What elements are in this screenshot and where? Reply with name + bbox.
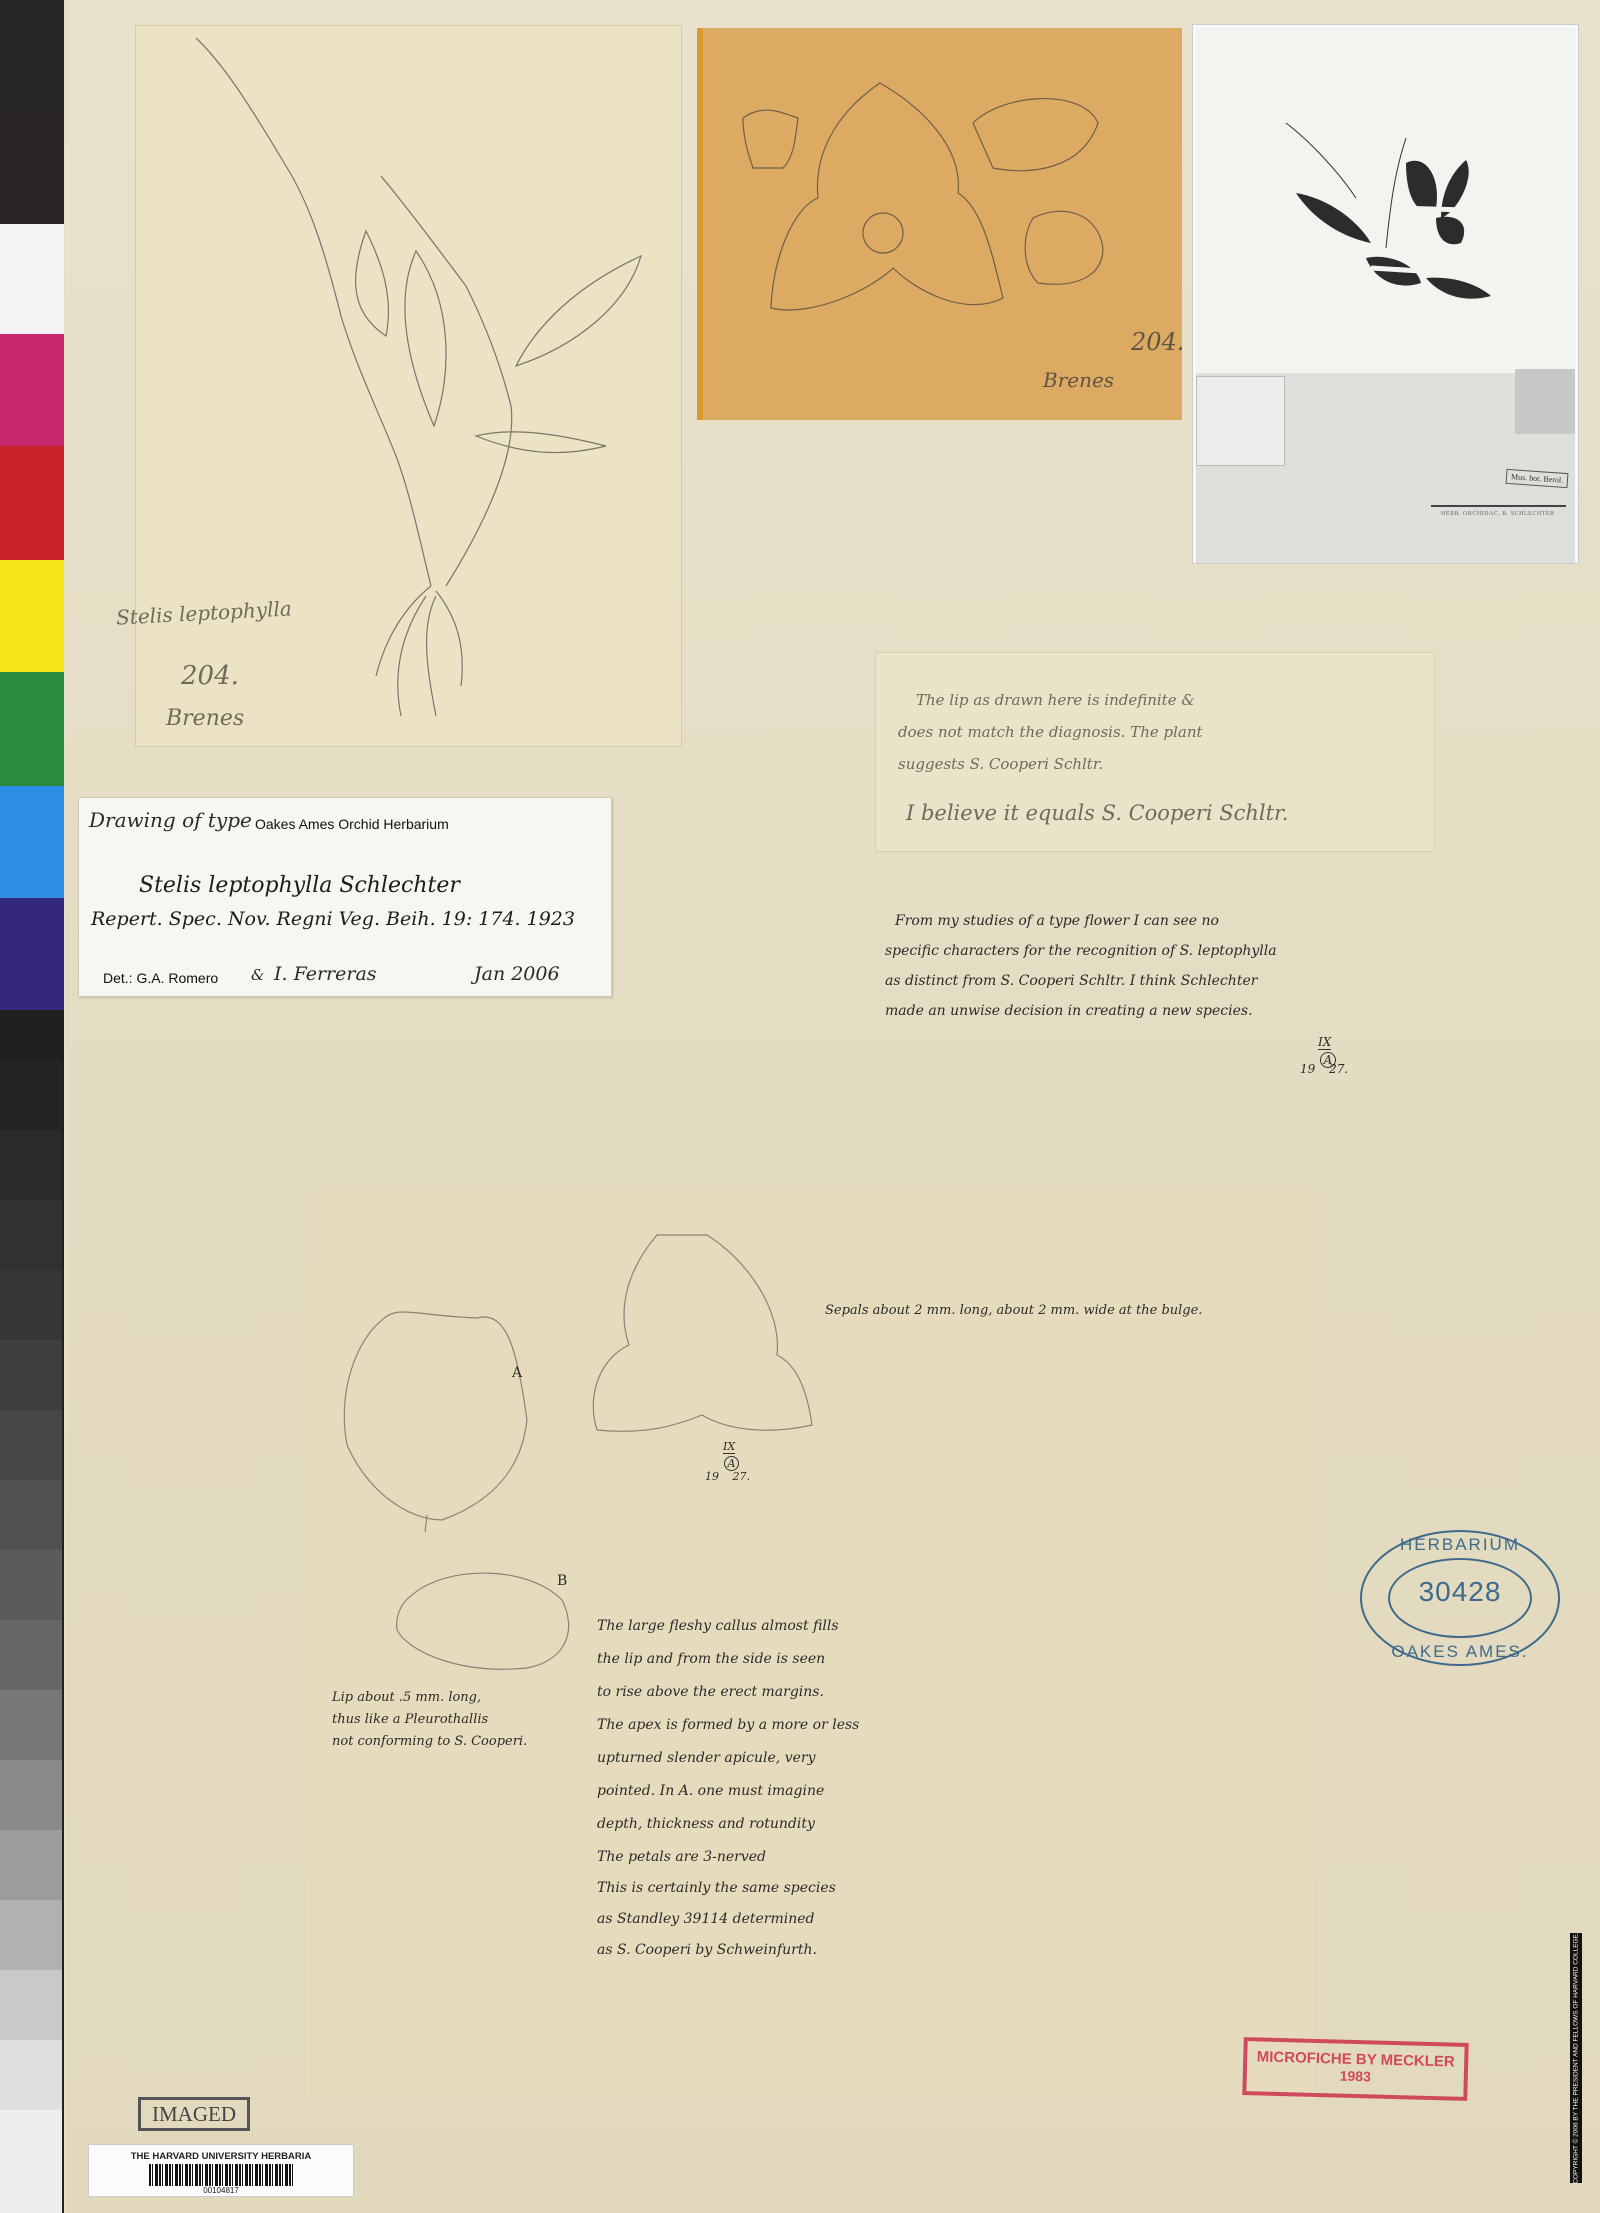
callus-note-line: to rise above the erect margins. [597,1684,824,1700]
gray-step [0,1200,62,1270]
stamp-bottom-text: OAKES AMES. [1362,1642,1558,1662]
ames-note-line: made an unwise decision in creating a ne… [885,1003,1253,1019]
sepal-note: Sepals about 2 mm. long, about 2 mm. wid… [825,1303,1202,1318]
callus-note-line: the lip and from the side is seen [597,1651,825,1667]
type-specimen-photograph: Mus. bot. Berol. HERB. ORCHIDAC. R. SCHL… [1193,25,1578,563]
photo-tag [1515,369,1575,434]
gray-step [0,1760,62,1830]
ames-signature-year: 19 27. [1300,1062,1348,1076]
microfiche-stamp: MICROFICHE BY MECKLER 1983 [1242,2037,1468,2101]
callus-note-line: pointed. In A. one must imagine [597,1783,824,1799]
imaged-stamp: IMAGED [138,2097,250,2131]
gray-step [0,1480,62,1550]
detail-signature-month: IX [723,1440,735,1454]
copyright-text: COPYRIGHT © 2006 BY THE PRESIDENT AND FE… [1573,1932,1580,2184]
label-institution: Oakes Ames Orchid Herbarium [255,816,449,832]
note-line: The lip as drawn here is indefinite & [916,691,1195,709]
callus-note-line: depth, thickness and rotundity [597,1816,815,1832]
callus-note-line: The petals are 3-nerved [597,1849,766,1865]
photo-caption: HERB. ORCHIDAC. R. SCHLECHTER [1441,511,1555,517]
swatch-blue [0,786,64,899]
gray-step [0,1690,62,1760]
determination-label: Drawing of type Oakes Ames Orchid Herbar… [78,797,612,997]
gray-step [0,2040,62,2110]
barcode-label: THE HARVARD UNIVERSITY HERBARIA 00104817 [88,2144,354,2197]
flower-drawing: 204. Brenes [697,28,1182,420]
swatch-green [0,672,64,787]
stamp-top-text: HERBARIUM [1362,1535,1558,1555]
gray-step [0,2110,62,2213]
callus-note-line: as S. Cooperi by Schweinfurth. [597,1942,817,1958]
label-determiner: Det.: G.A. Romero [103,970,218,986]
gray-step [0,1130,62,1200]
lip-note-line: Lip about .5 mm. long, [332,1690,481,1705]
pressed-plant-photo-icon [1196,28,1576,368]
gray-step [0,1410,62,1480]
swatch-black-2 [0,1010,64,1061]
gray-step [0,1550,62,1620]
gray-step [0,1970,62,2040]
gray-step [0,1830,62,1900]
note-line: does not match the diagnosis. The plant [898,723,1203,741]
floral-detail-drawing: A B Sepals about 2 mm. long, about 2 mm.… [307,1190,1315,2100]
swatch-white [0,224,64,335]
orchid-flower-sketch-icon [703,28,1183,420]
note-line: suggests S. Cooperi Schltr. [898,755,1103,773]
label-and: & [251,966,264,984]
ames-note-line: From my studies of a type flower I can s… [895,913,1219,929]
habit-collector-annotation: Brenes [166,706,244,731]
swatch-yellow [0,560,64,673]
ames-note-line: specific characters for the recognition … [885,943,1277,959]
barcode-number: 00104817 [89,2186,353,2195]
floral-parts-sketch-icon [307,1190,1315,2100]
label-header-handwritten: Drawing of type [89,808,252,832]
gray-step [0,1270,62,1340]
note-conclusion: I believe it equals S. Cooperi Schltr. [906,801,1288,825]
swatch-magenta [0,334,64,447]
gray-step [0,1060,62,1130]
gray-step [0,1340,62,1410]
copyright-strip: COPYRIGHT © 2006 BY THE PRESIDENT AND FE… [1570,1933,1582,2183]
swatch-black [0,0,64,113]
flower-collector-annotation: Brenes [1043,368,1114,392]
photo-inset-drawing [1196,376,1285,466]
label-taxon: Stelis leptophylla Schlechter [139,873,460,898]
swatch-dark [0,112,64,225]
callus-note-line: upturned slender apicule, very [597,1750,815,1766]
callus-note-line: The apex is formed by a more or less [597,1717,859,1733]
ames-signature-month: IX [1318,1035,1331,1050]
stamp-accession-number: 30428 [1362,1576,1558,1608]
label-date: Jan 2006 [474,963,560,985]
ames-note-line: as distinct from S. Cooperi Schltr. I th… [885,973,1257,989]
lip-note-line: thus like a Pleurothallis [332,1712,488,1727]
gray-step [0,1620,62,1690]
callus-note-line: The large fleshy callus almost fills [597,1618,839,1634]
photo-divider [1431,505,1566,507]
callus-note-line: as Standley 39114 determined [597,1911,815,1927]
orchid-plant-sketch-icon [136,26,683,748]
gray-step [0,1900,62,1970]
figure-label-a: A [512,1365,522,1381]
lip-note-line: not conforming to S. Cooperi. [332,1734,527,1749]
color-calibration-strip [0,0,64,2213]
habit-number-annotation: 204. [181,661,239,691]
detail-signature-initial: A [724,1456,739,1471]
label-citation: Repert. Spec. Nov. Regni Veg. Beih. 19: … [91,908,575,930]
oakes-ames-herbarium-stamp: HERBARIUM 30428 OAKES AMES. [1360,1530,1560,1666]
callus-note-line: This is certainly the same species [597,1880,836,1896]
barcode-icon [149,2164,294,2186]
pencil-note-card: The lip as drawn here is indefinite & do… [875,652,1435,852]
figure-label-b: B [557,1573,567,1589]
label-coauthor: I. Ferreras [274,963,377,985]
habit-drawing: Stelis leptophylla 204. Brenes [135,25,682,747]
detail-signature-year: 19 27. [705,1470,750,1483]
barcode-institution: THE HARVARD UNIVERSITY HERBARIA [89,2151,353,2162]
flower-number-annotation: 204. [1131,328,1184,356]
swatch-purple [0,898,64,1011]
swatch-red [0,446,64,561]
